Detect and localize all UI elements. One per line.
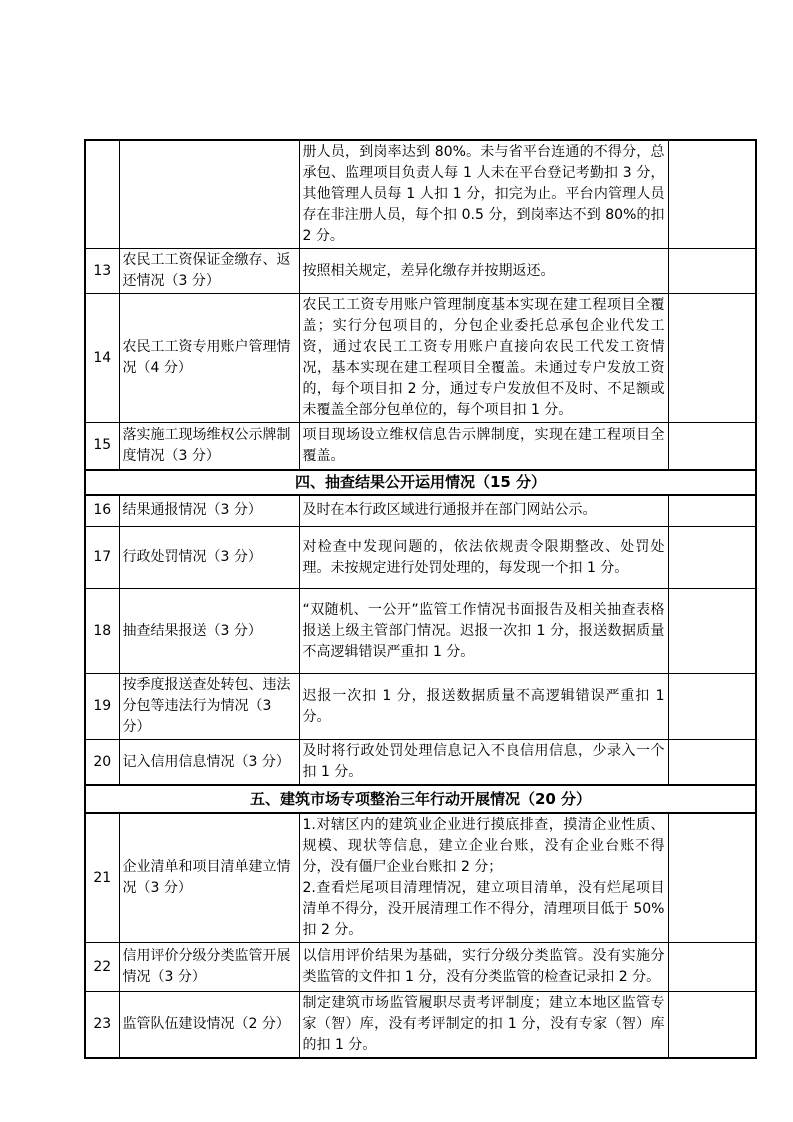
scoring-criteria: 及时将行政处罚处理信息记入不良信用信息，少录入一个扣 1 分。: [299, 740, 668, 786]
scoring-criteria: “双随机、一公开”监管工作情况书面报告及相关抽查表格报送上级主管部门情况。迟报一…: [299, 589, 668, 674]
scoring-criteria: 册人员，到岗率达到 80%。未与省平台连通的不得分，总承包、监理项目负责人每 1…: [299, 140, 668, 249]
item-name: 企业清单和项目清单建立情况（3 分）: [119, 813, 299, 943]
row-number: 18: [85, 589, 119, 674]
item-name: 抽查结果报送（3 分）: [119, 589, 299, 674]
score-cell: [668, 674, 756, 740]
item-name: 行政处罚情况（3 分）: [119, 527, 299, 589]
score-cell: [668, 589, 756, 674]
item-name: 结果通报情况（3 分）: [119, 495, 299, 527]
row-number: 22: [85, 943, 119, 992]
table-row-continuation: 册人员，到岗率达到 80%。未与省平台连通的不得分，总承包、监理项目负责人每 1…: [85, 140, 756, 249]
table-row: 20 记入信用信息情况（3 分） 及时将行政处罚处理信息记入不良信用信息，少录入…: [85, 740, 756, 786]
scoring-criteria: 及时在本行政区域进行通报并在部门网站公示。: [299, 495, 668, 527]
table-row: 13 农民工工资保证金缴存、返还情况（3 分） 按照相关规定，差异化缴存并按期返…: [85, 249, 756, 294]
score-cell: [668, 294, 756, 423]
table-row: 23 监管队伍建设情况（2 分） 制定建筑市场监管履职尽责考评制度；建立本地区监…: [85, 992, 756, 1059]
row-number: 13: [85, 249, 119, 294]
table-row: 16 结果通报情况（3 分） 及时在本行政区域进行通报并在部门网站公示。: [85, 495, 756, 527]
row-number: 21: [85, 813, 119, 943]
scoring-criteria: 1.对辖区内的建筑业企业进行摸底排查，摸清企业性质、规模、现状等信息，建立企业台…: [299, 813, 668, 943]
table-row: 17 行政处罚情况（3 分） 对检查中发现问题的，依法依规责令限期整改、处罚处理…: [85, 527, 756, 589]
section-title: 五、建筑市场专项整治三年行动开展情况（20 分）: [85, 785, 756, 813]
section-title: 四、抽查结果公开运用情况（15 分）: [85, 470, 756, 495]
document-page: 册人员，到岗率达到 80%。未与省平台连通的不得分，总承包、监理项目负责人每 1…: [0, 0, 793, 1122]
item-name: [119, 140, 299, 249]
score-cell: [668, 249, 756, 294]
section-header-row: 五、建筑市场专项整治三年行动开展情况（20 分）: [85, 785, 756, 813]
row-number: 19: [85, 674, 119, 740]
score-cell: [668, 740, 756, 786]
scoring-criteria: 制定建筑市场监管履职尽责考评制度；建立本地区监管专家（智）库，没有考评制定的扣 …: [299, 992, 668, 1059]
item-name: 农民工工资专用账户管理情况（4 分）: [119, 294, 299, 423]
row-number: 20: [85, 740, 119, 786]
item-name: 监管队伍建设情况（2 分）: [119, 992, 299, 1059]
item-name: 记入信用信息情况（3 分）: [119, 740, 299, 786]
table-row: 14 农民工工资专用账户管理情况（4 分） 农民工工资专用账户管理制度基本实现在…: [85, 294, 756, 423]
table-row: 15 落实施工现场维权公示牌制度情况（3 分） 项目现场设立维权信息告示牌制度，…: [85, 423, 756, 470]
table-row: 18 抽查结果报送（3 分） “双随机、一公开”监管工作情况书面报告及相关抽查表…: [85, 589, 756, 674]
table-row: 22 信用评价分级分类监管开展情况（3 分） 以信用评价结果为基础，实行分级分类…: [85, 943, 756, 992]
score-cell: [668, 992, 756, 1059]
score-cell: [668, 140, 756, 249]
item-name: 落实施工现场维权公示牌制度情况（3 分）: [119, 423, 299, 470]
item-name: 农民工工资保证金缴存、返还情况（3 分）: [119, 249, 299, 294]
row-number: 17: [85, 527, 119, 589]
scoring-criteria: 项目现场设立维权信息告示牌制度，实现在建工程项目全覆盖。: [299, 423, 668, 470]
scoring-criteria: 迟报一次扣 1 分，报送数据质量不高逻辑错误严重扣 1 分。: [299, 674, 668, 740]
score-cell: [668, 527, 756, 589]
score-cell: [668, 943, 756, 992]
scoring-criteria: 农民工工资专用账户管理制度基本实现在建工程项目全覆盖；实行分包项目的，分包企业委…: [299, 294, 668, 423]
score-cell: [668, 495, 756, 527]
scoring-criteria: 对检查中发现问题的，依法依规责令限期整改、处罚处理。未按规定进行处罚处理的，每发…: [299, 527, 668, 589]
item-name: 按季度报送查处转包、违法分包等违法行为情况（3 分）: [119, 674, 299, 740]
row-number: 16: [85, 495, 119, 527]
row-number: 15: [85, 423, 119, 470]
score-cell: [668, 423, 756, 470]
row-number: [85, 140, 119, 249]
scoring-criteria: 按照相关规定，差异化缴存并按期返还。: [299, 249, 668, 294]
item-name: 信用评价分级分类监管开展情况（3 分）: [119, 943, 299, 992]
scoring-table: 册人员，到岗率达到 80%。未与省平台连通的不得分，总承包、监理项目负责人每 1…: [84, 139, 757, 1059]
table-row: 19 按季度报送查处转包、违法分包等违法行为情况（3 分） 迟报一次扣 1 分，…: [85, 674, 756, 740]
score-cell: [668, 813, 756, 943]
scoring-criteria: 以信用评价结果为基础，实行分级分类监管。没有实施分类监管的文件扣 1 分，没有分…: [299, 943, 668, 992]
table-row: 21 企业清单和项目清单建立情况（3 分） 1.对辖区内的建筑业企业进行摸底排查…: [85, 813, 756, 943]
row-number: 14: [85, 294, 119, 423]
section-header-row: 四、抽查结果公开运用情况（15 分）: [85, 470, 756, 495]
row-number: 23: [85, 992, 119, 1059]
